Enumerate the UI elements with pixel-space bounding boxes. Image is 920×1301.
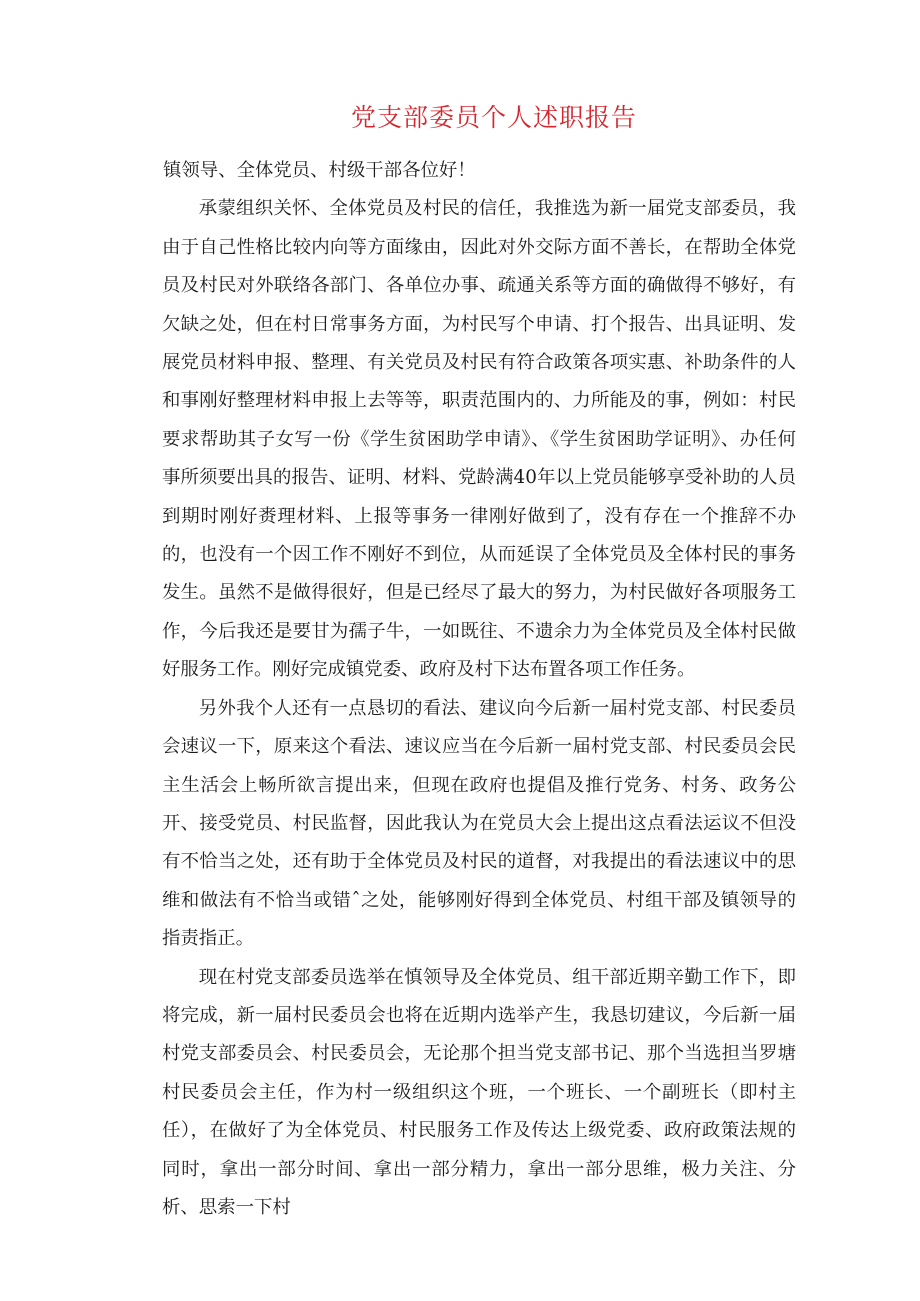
paragraph-service-duties: 承蒙组织关怀、全体党员及村民的信任，我推选为新一届党支部委员，我由于自己性格比较… (162, 190, 796, 689)
paragraph-suggestion: 另外我个人还有一点恳切的看法、建议向今后新一届村党支部、村民委员会速议一下，原来… (162, 690, 796, 959)
document-page: 党支部委员个人述职报告 镇领导、全体党员、村级干部各位好！ 承蒙组织关怀、全体党… (162, 98, 796, 1227)
paragraph-election-proposal: 现在村党支部委员选举在慎领导及全体党员、组干部近期辛勤工作下，即将完成，新一届村… (162, 959, 796, 1228)
document-body: 镇领导、全体党员、村级干部各位好！ 承蒙组织关怀、全体党员及村民的信任，我推选为… (162, 152, 796, 1227)
greeting-line: 镇领导、全体党员、村级干部各位好！ (162, 152, 796, 190)
document-title: 党支部委员个人述职报告 (162, 98, 796, 138)
